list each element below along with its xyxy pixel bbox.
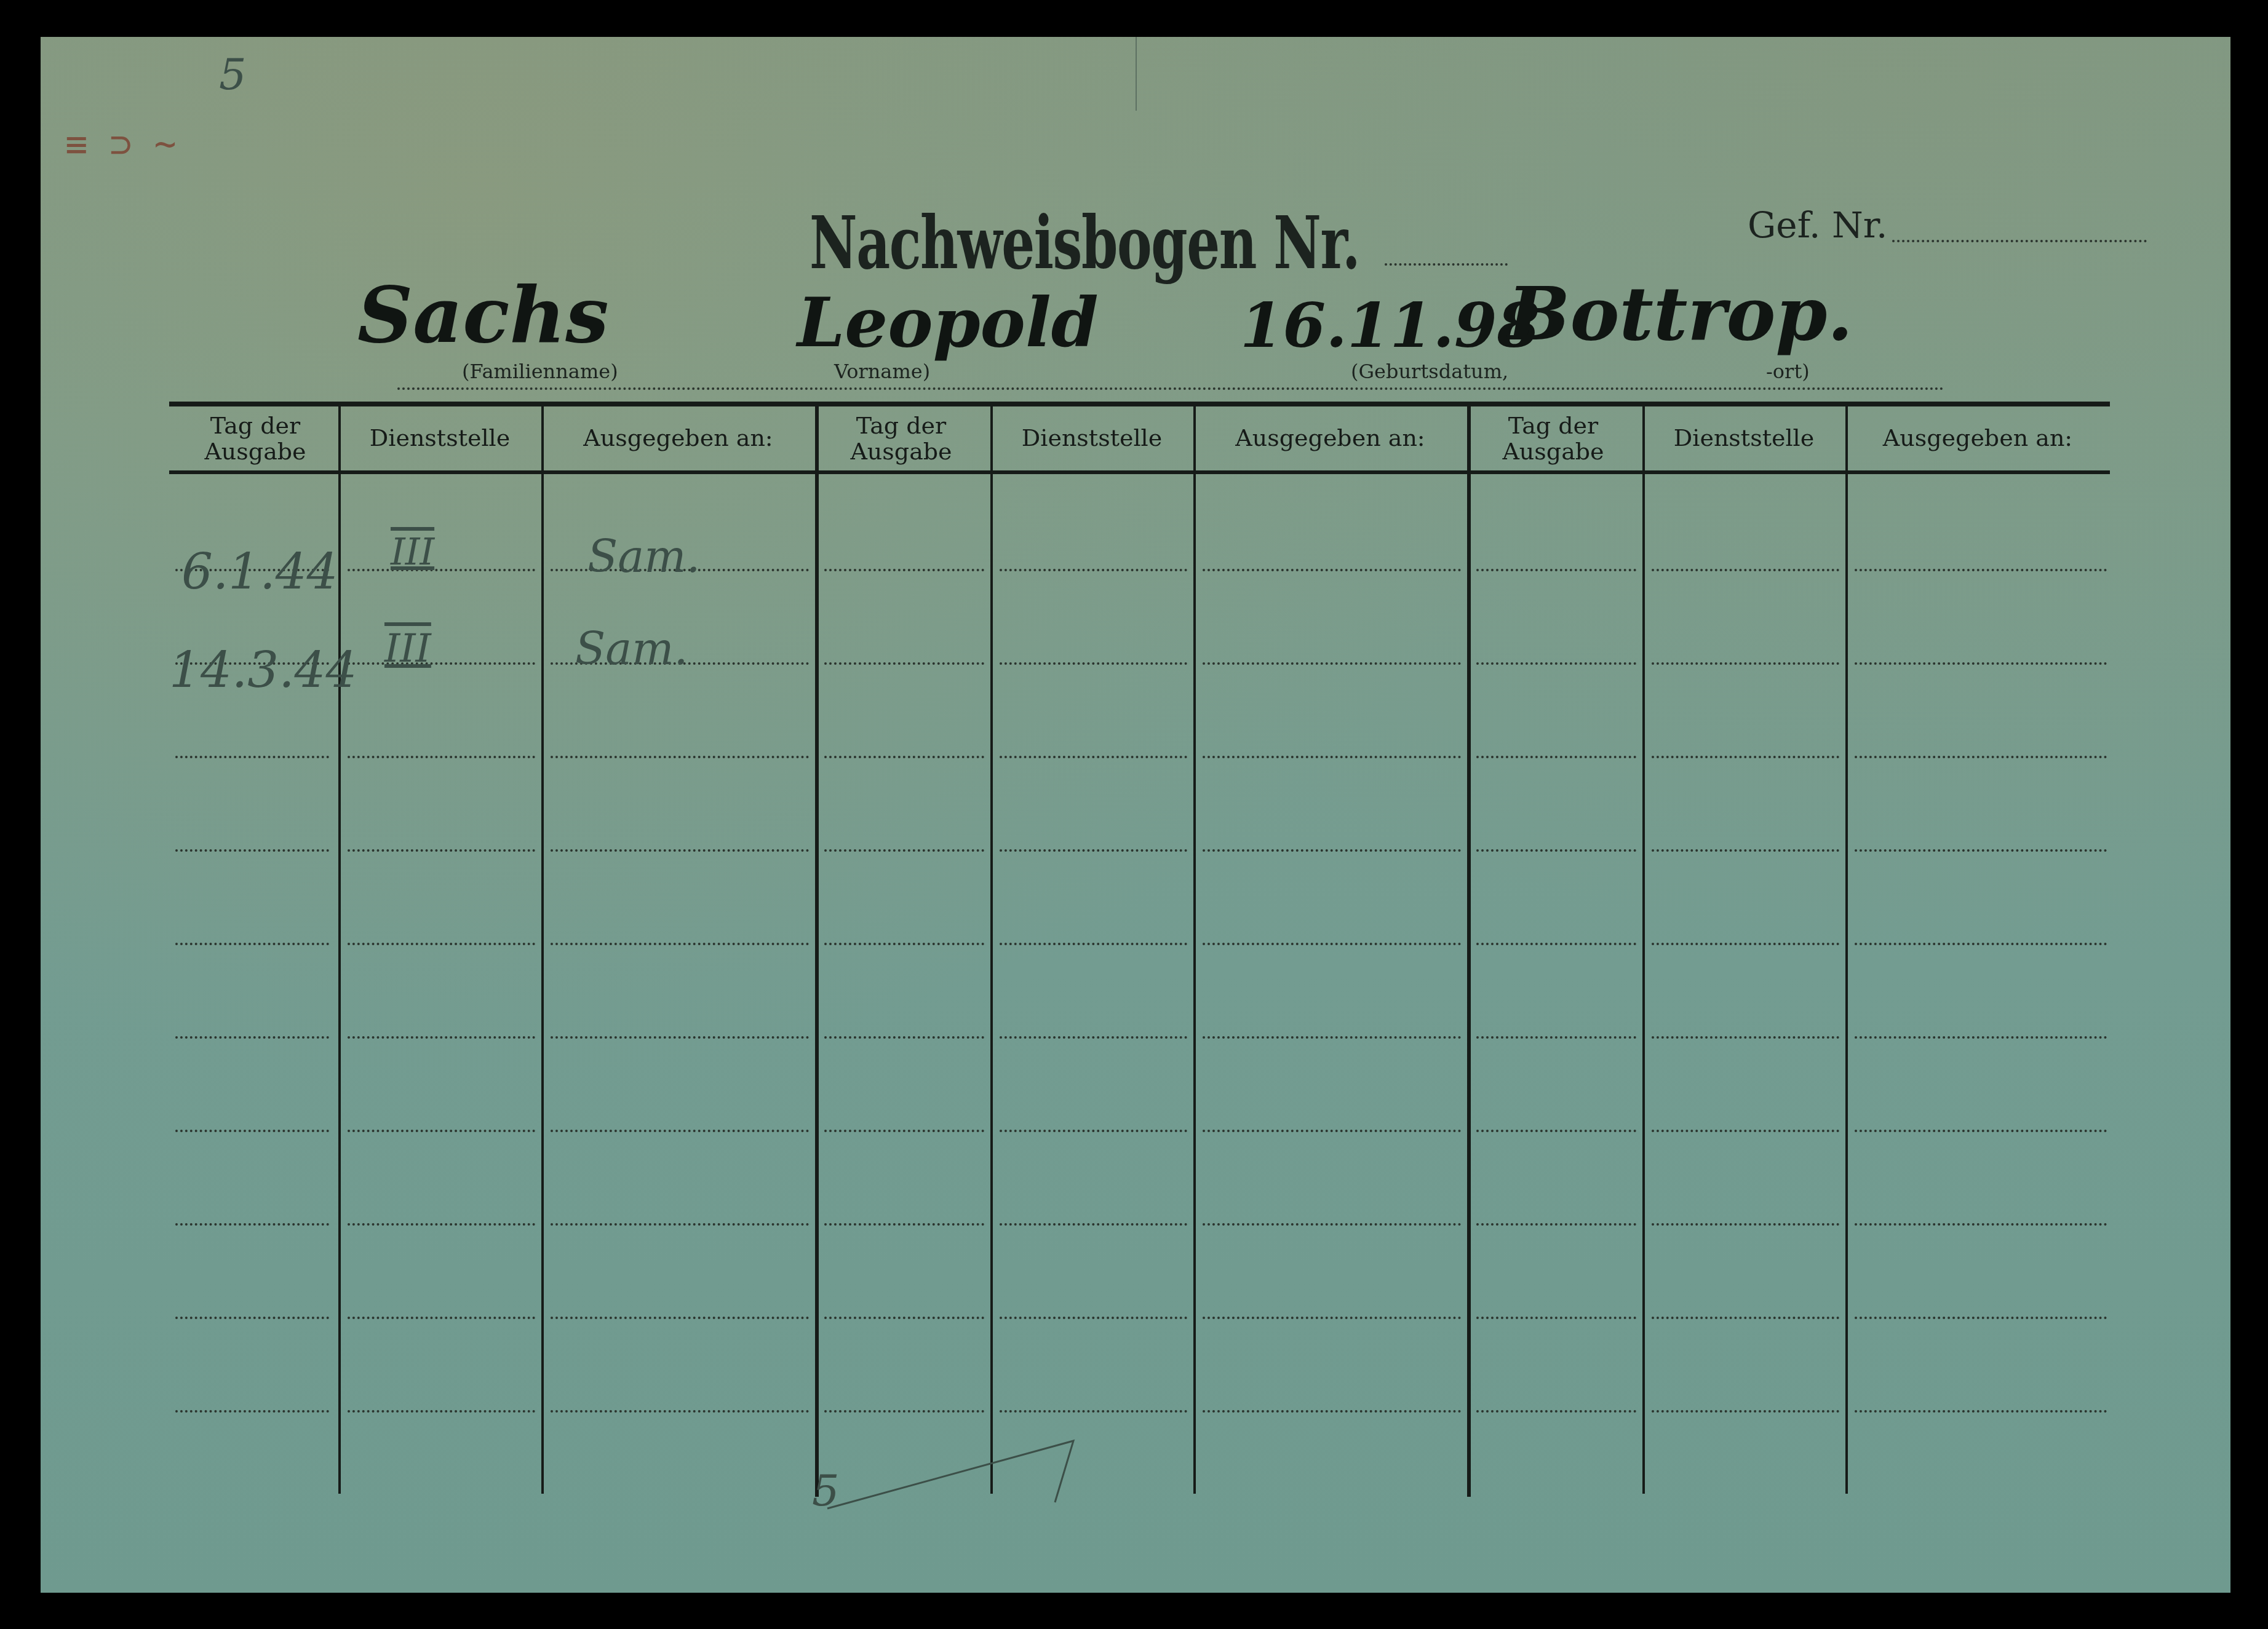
row-entry-line[interactable] — [1000, 1410, 1187, 1413]
row-entry-line[interactable] — [1652, 662, 1839, 665]
row-entry-line[interactable] — [1652, 1317, 1839, 1319]
corner-pencil-mark: 5 — [219, 49, 247, 100]
row-entry-line[interactable] — [1855, 1130, 2107, 1132]
row-entry-line[interactable] — [1855, 756, 2107, 758]
row-entry-line[interactable] — [1476, 849, 1636, 852]
row-entry-line[interactable] — [1203, 662, 1461, 665]
row-entry-line[interactable] — [1652, 1410, 1839, 1413]
row-entry-line[interactable] — [1652, 569, 1839, 571]
row-entry-line[interactable] — [175, 849, 329, 852]
document-sheet: ≡ ⊃ ~ 5 Nachweisbogen Nr. Gef. Nr. Sachs… — [41, 37, 2230, 1593]
row-entry-line[interactable] — [1000, 943, 1187, 945]
row-entry-line[interactable] — [175, 1317, 329, 1319]
col-divider — [338, 405, 341, 1494]
row-entry-line[interactable] — [824, 849, 984, 852]
gef-nr-field[interactable] — [1892, 240, 2147, 242]
row-entry-line[interactable] — [348, 1317, 535, 1319]
entry-1-date: 6.1.44 — [181, 543, 338, 600]
group-divider — [815, 405, 819, 1497]
header-tag-der-ausgabe: Tag der Ausgabe — [1492, 413, 1615, 464]
table-header-border — [169, 470, 2110, 474]
row-entry-line[interactable] — [175, 1130, 329, 1132]
row-entry-line[interactable] — [1000, 756, 1187, 758]
row-entry-line[interactable] — [1000, 662, 1187, 665]
row-entry-line[interactable] — [824, 756, 984, 758]
header-ausgegeben-an: Ausgegeben an: — [1193, 425, 1467, 451]
col-divider — [541, 405, 544, 1494]
row-entry-line[interactable] — [551, 943, 809, 945]
row-entry-line[interactable] — [551, 1036, 809, 1039]
row-entry-line[interactable] — [1855, 1036, 2107, 1039]
row-entry-line[interactable] — [1000, 849, 1187, 852]
row-entry-line[interactable] — [175, 756, 329, 758]
row-entry-line[interactable] — [1855, 1317, 2107, 1319]
firstname-value: Leopold — [797, 283, 1099, 362]
row-entry-line[interactable] — [1000, 569, 1187, 571]
row-entry-line[interactable] — [1652, 1036, 1839, 1039]
row-entry-line[interactable] — [348, 569, 535, 571]
row-entry-line[interactable] — [348, 1223, 535, 1226]
row-entry-line[interactable] — [348, 943, 535, 945]
row-entry-line[interactable] — [551, 1317, 809, 1319]
row-entry-line[interactable] — [1476, 943, 1636, 945]
row-entry-line[interactable] — [1203, 1223, 1461, 1226]
row-entry-line[interactable] — [1203, 849, 1461, 852]
header-dienststelle: Dienststelle — [338, 425, 541, 451]
col-divider — [990, 405, 993, 1494]
surname-value: Sachs — [357, 271, 609, 360]
header-dienststelle: Dienststelle — [1642, 425, 1845, 451]
row-entry-line[interactable] — [1000, 1036, 1187, 1039]
row-entry-line[interactable] — [1652, 849, 1839, 852]
row-entry-line[interactable] — [1476, 1130, 1636, 1132]
gef-nr-label: Gef. Nr. — [1748, 204, 1887, 246]
row-entry-line[interactable] — [1203, 756, 1461, 758]
row-entry-line[interactable] — [175, 1410, 329, 1413]
row-entry-line[interactable] — [348, 1410, 535, 1413]
header-dienststelle: Dienststelle — [990, 425, 1193, 451]
row-entry-line[interactable] — [1652, 1130, 1839, 1132]
form-title: Nachweisbogen Nr. — [810, 200, 1359, 285]
row-entry-line[interactable] — [824, 1317, 984, 1319]
row-entry-line[interactable] — [824, 1130, 984, 1132]
row-entry-line[interactable] — [1652, 1223, 1839, 1226]
row-entry-line[interactable] — [824, 569, 984, 571]
row-entry-line[interactable] — [348, 662, 535, 665]
label-geburtsdatum: (Geburtsdatum, — [1351, 360, 1508, 383]
entry-2-dienststelle: III — [384, 626, 431, 672]
col-divider — [1845, 405, 1848, 1494]
label-geburtsort: -ort) — [1766, 360, 1810, 383]
header-tag-der-ausgabe: Tag der Ausgabe — [840, 413, 963, 464]
row-entry-line[interactable] — [1855, 662, 2107, 665]
row-entry-line[interactable] — [1652, 943, 1839, 945]
row-entry-line[interactable] — [348, 756, 535, 758]
col-divider — [1193, 405, 1196, 1494]
entry-2-date: 14.3.44 — [169, 641, 357, 699]
row-entry-line[interactable] — [1000, 1223, 1187, 1226]
birthdate-value: 16.11.98 — [1240, 289, 1540, 362]
row-entry-line[interactable] — [175, 943, 329, 945]
title-number-field[interactable] — [1385, 263, 1508, 266]
col-divider — [1642, 405, 1645, 1494]
corner-stamp: ≡ ⊃ ~ — [65, 123, 177, 166]
row-entry-line[interactable] — [348, 849, 535, 852]
label-familienname: (Familienname) — [462, 360, 618, 383]
table-top-border — [169, 402, 2110, 406]
row-entry-line[interactable] — [1855, 849, 2107, 852]
row-entry-line[interactable] — [1000, 1317, 1187, 1319]
label-vorname: Vorname) — [834, 360, 930, 383]
row-entry-line[interactable] — [1855, 569, 2107, 571]
row-entry-line[interactable] — [551, 1223, 809, 1226]
row-entry-line[interactable] — [551, 1410, 809, 1413]
issue-table: Tag der Ausgabe Dienststelle Ausgegeben … — [169, 402, 2110, 1536]
row-entry-line[interactable] — [824, 943, 984, 945]
bottom-pencil-scribble — [815, 1435, 1086, 1527]
header-tag-der-ausgabe: Tag der Ausgabe — [194, 413, 317, 464]
row-entry-line[interactable] — [1476, 756, 1636, 758]
row-entry-line[interactable] — [1203, 943, 1461, 945]
row-entry-line[interactable] — [824, 662, 984, 665]
row-entry-line[interactable] — [551, 1130, 809, 1132]
row-entry-line[interactable] — [551, 756, 809, 758]
row-entry-line[interactable] — [824, 1410, 984, 1413]
entry-2-ausgegeben-an: Sam. — [575, 623, 688, 675]
row-entry-line[interactable] — [1855, 1410, 2107, 1413]
row-entry-line[interactable] — [175, 1036, 329, 1039]
row-entry-line[interactable] — [1203, 1410, 1461, 1413]
entry-1-ausgegeben-an: Sam. — [587, 531, 700, 582]
birthplace-value: Bottrop. — [1508, 271, 1853, 357]
row-entry-line[interactable] — [1476, 1410, 1636, 1413]
row-entry-line[interactable] — [1476, 662, 1636, 665]
row-entry-line[interactable] — [348, 1036, 535, 1039]
row-entry-line[interactable] — [1855, 1223, 2107, 1226]
fold-mark — [1136, 37, 1137, 111]
row-entry-line[interactable] — [1652, 756, 1839, 758]
row-entry-line[interactable] — [551, 849, 809, 852]
row-entry-line[interactable] — [1476, 569, 1636, 571]
row-entry-line[interactable] — [1203, 1036, 1461, 1039]
row-entry-line[interactable] — [1476, 1036, 1636, 1039]
row-entry-line[interactable] — [1203, 1130, 1461, 1132]
row-entry-line[interactable] — [1476, 1223, 1636, 1226]
row-entry-line[interactable] — [824, 1036, 984, 1039]
header-ausgegeben-an: Ausgegeben an: — [1845, 425, 2110, 451]
row-entry-line[interactable] — [1855, 943, 2107, 945]
entry-1-dienststelle: III — [391, 531, 434, 574]
row-entry-line[interactable] — [348, 1130, 535, 1132]
row-entry-line[interactable] — [175, 1223, 329, 1226]
name-line-field[interactable] — [397, 387, 1944, 390]
header-ausgegeben-an: Ausgegeben an: — [541, 425, 815, 451]
row-entry-line[interactable] — [824, 1223, 984, 1226]
row-entry-line[interactable] — [1000, 1130, 1187, 1132]
row-entry-line[interactable] — [1476, 1317, 1636, 1319]
row-entry-line[interactable] — [1203, 569, 1461, 571]
group-divider — [1467, 405, 1471, 1497]
row-entry-line[interactable] — [1203, 1317, 1461, 1319]
